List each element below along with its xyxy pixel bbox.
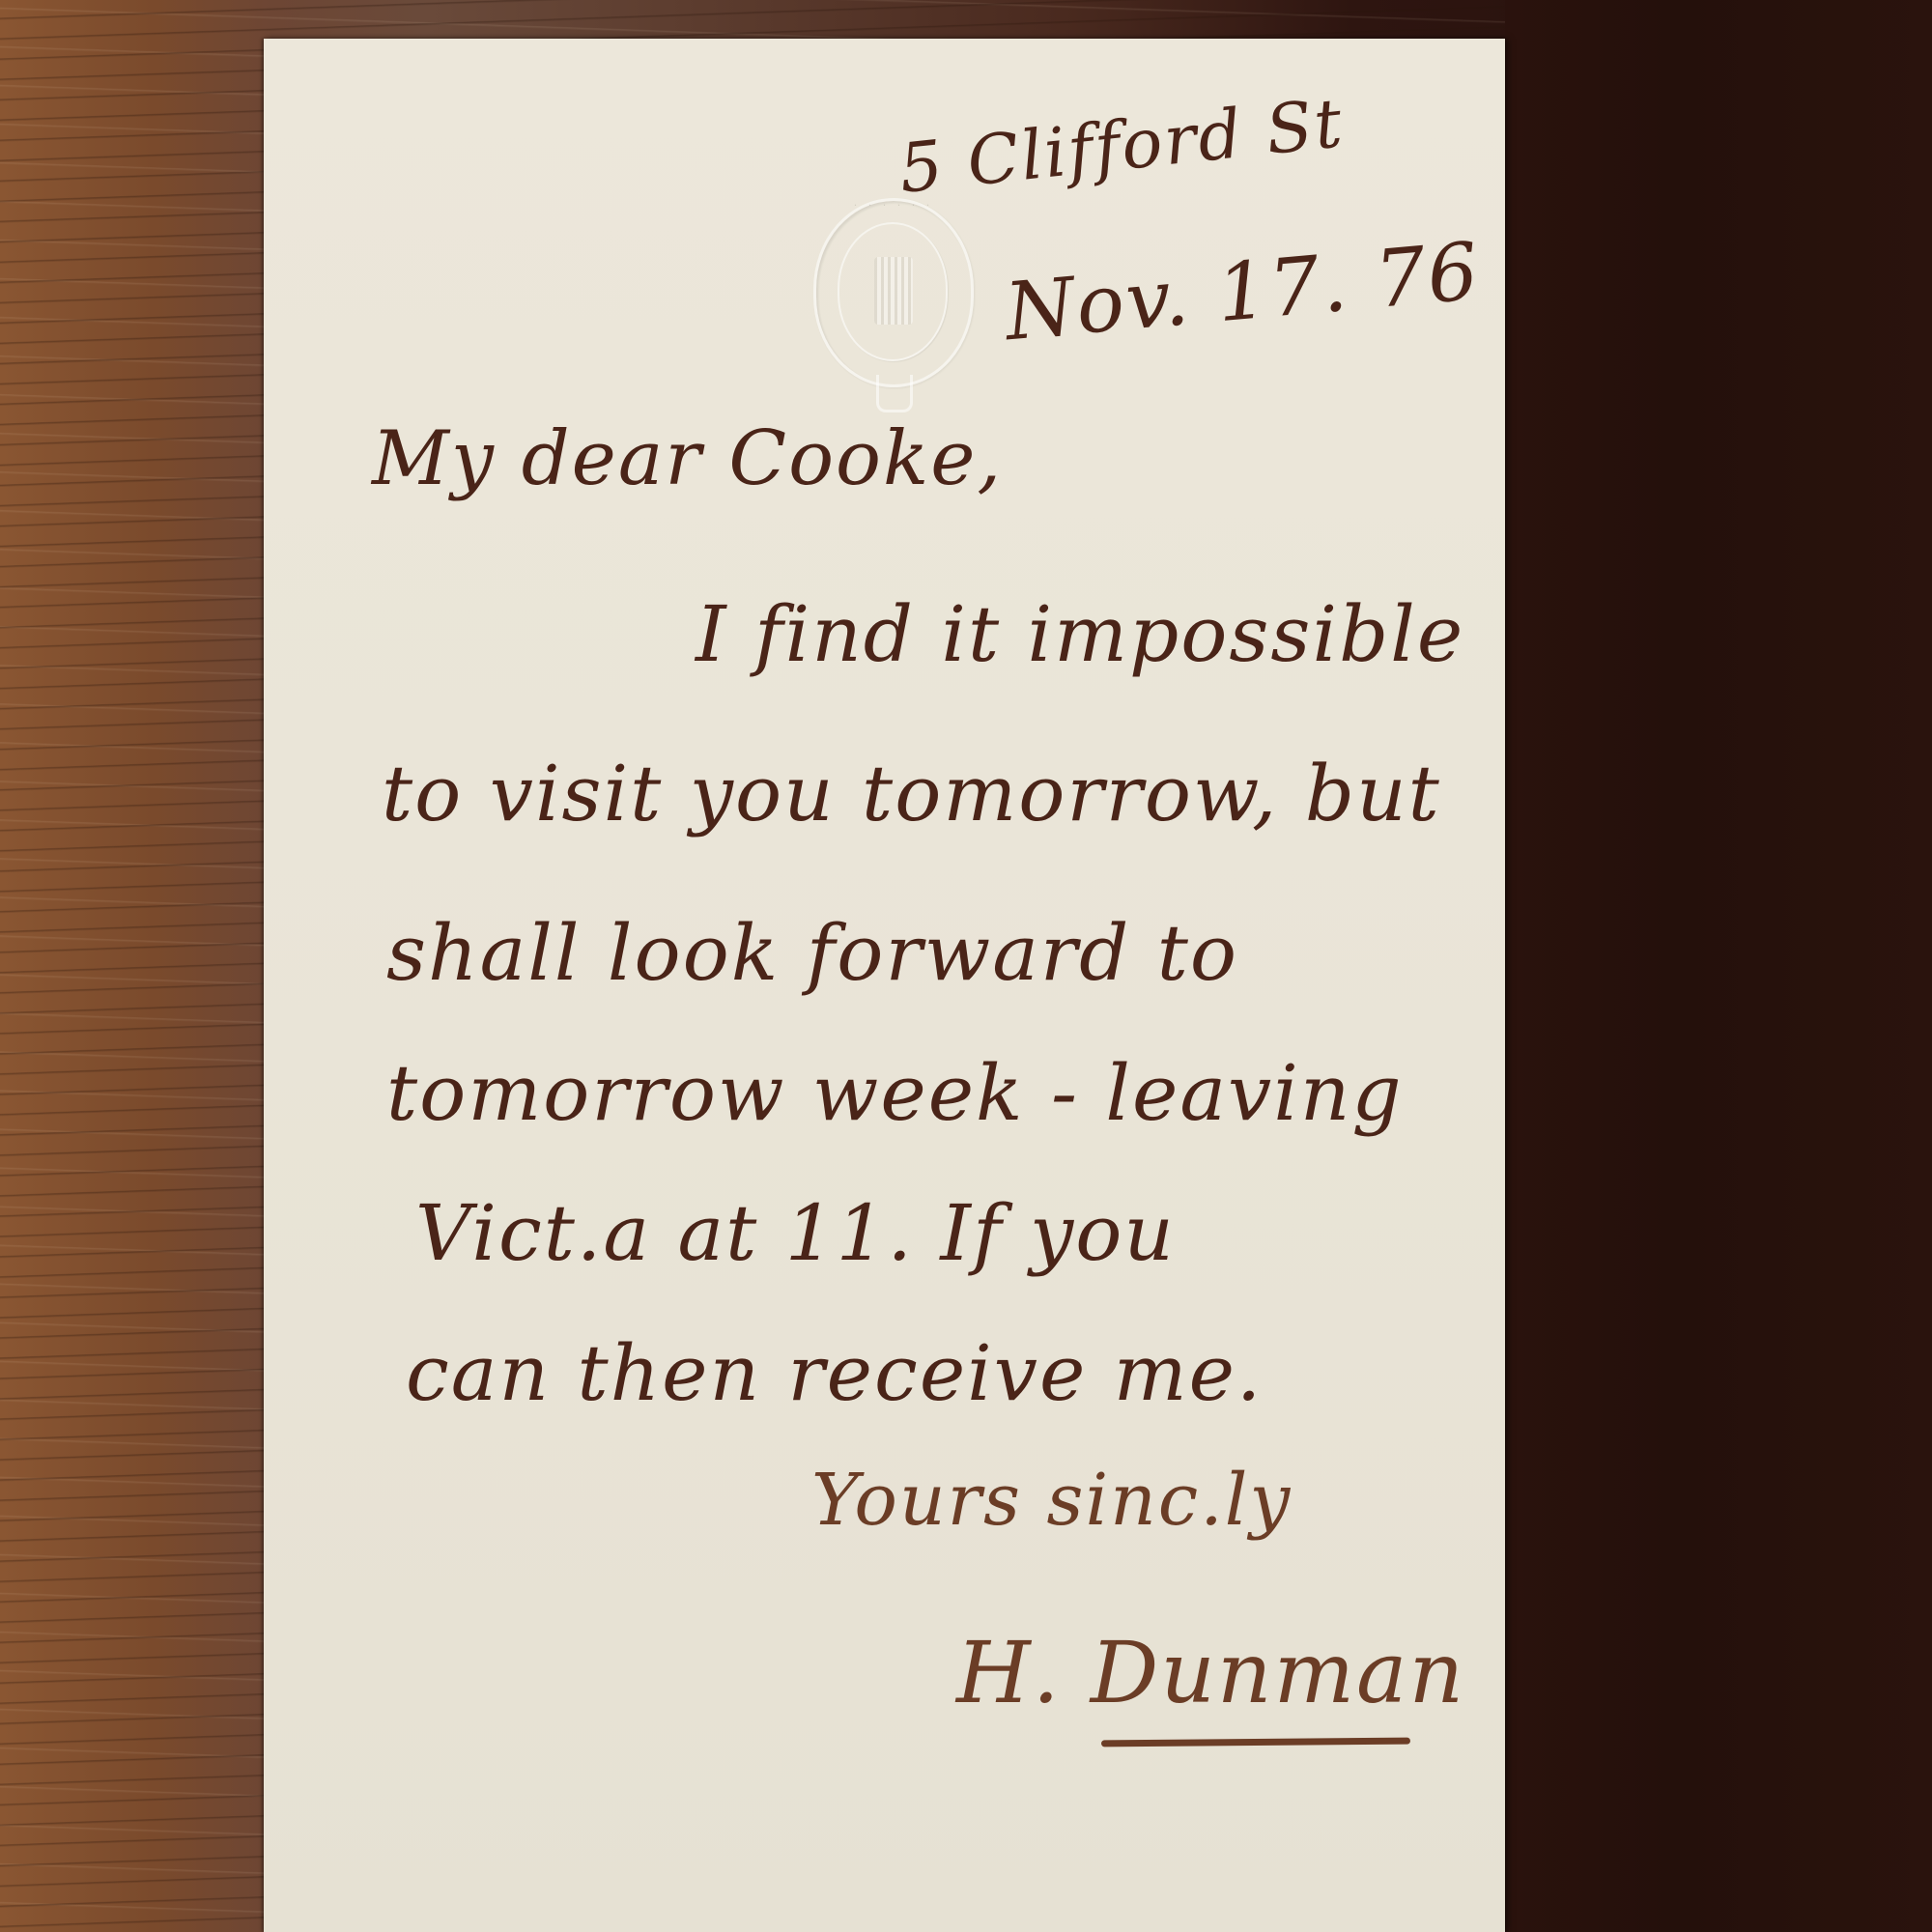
body-line: shall look forward to bbox=[386, 908, 1238, 998]
body-line: tomorrow week - leaving bbox=[386, 1048, 1404, 1138]
wheat-sheaf-icon bbox=[874, 257, 913, 325]
body-line: Vict.a at 11. If you bbox=[415, 1188, 1176, 1278]
letter-salutation: My dear Cooke, bbox=[372, 415, 1003, 502]
crest-inner-oval bbox=[838, 222, 948, 361]
letter-closing: Yours sinc.ly bbox=[811, 1459, 1292, 1542]
body-line: to visit you tomorrow, but bbox=[382, 749, 1441, 838]
body-line: can then receive me. bbox=[406, 1328, 1263, 1418]
dark-wood-background bbox=[1505, 0, 1932, 1932]
crest-buckle-tab bbox=[876, 375, 913, 412]
letter-signature: H. Dunman bbox=[956, 1623, 1465, 1722]
body-line: I find it impossible bbox=[696, 589, 1464, 679]
embossed-crest-icon: · · · · · · bbox=[813, 198, 974, 387]
